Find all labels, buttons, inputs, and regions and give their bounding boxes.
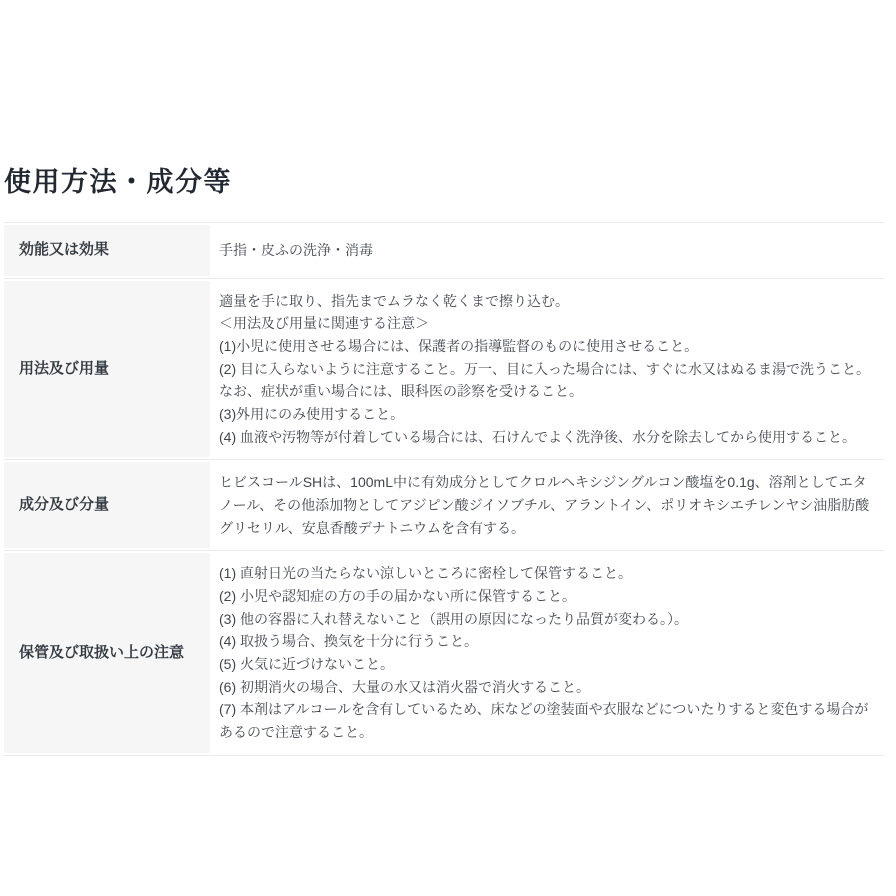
row-header-efficacy: 効能又は効果	[4, 223, 210, 278]
content-paragraph: (5) 火気に近づけないこと。	[219, 653, 874, 676]
content-paragraph: (3)外用にのみ使用すること。	[219, 403, 874, 426]
page-title: 使用方法・成分等	[4, 166, 886, 198]
content-paragraph: (2) 小児や認知症の方の手の届かない所に保管すること。	[219, 585, 874, 608]
table-row-efficacy: 効能又は効果 手指・皮ふの洗浄・消毒	[4, 222, 884, 278]
content-paragraph: (1) 直射日光の当たらない涼しいところに密栓して保管すること。	[219, 562, 874, 585]
row-content-storage: (1) 直射日光の当たらない涼しいところに密栓して保管すること。 (2) 小児や…	[210, 551, 884, 754]
content-paragraph: (7) 本剤はアルコールを含有しているため、床などの塗装面や衣服などについたりす…	[219, 698, 874, 743]
content-paragraph: (3) 他の容器に入れ替えないこと（誤用の原因になったり品質が変わる。）。	[219, 608, 874, 631]
product-info-section: 使用方法・成分等 効能又は効果 手指・皮ふの洗浄・消毒 用法及び用量 適量を手に…	[0, 0, 896, 756]
row-content-efficacy: 手指・皮ふの洗浄・消毒	[210, 223, 884, 278]
content-paragraph: (6) 初期消火の場合、大量の水又は消火器で消火すること。	[219, 676, 874, 699]
row-header-ingredients: 成分及び分量	[4, 460, 210, 550]
row-content-ingredients: ヒビスコールSHは、100mL中に有効成分としてクロルヘキシジングルコン酸塩を0…	[210, 460, 884, 550]
content-paragraph: (4) 血液や汚物等が付着している場合には、石けんでよく洗浄後、水分を除去してか…	[219, 426, 874, 449]
row-header-dosage: 用法及び用量	[4, 279, 210, 460]
table-row-storage: 保管及び取扱い上の注意 (1) 直射日光の当たらない涼しいところに密栓して保管す…	[4, 550, 884, 754]
content-paragraph: 適量を手に取り、指先までムラなく乾くまで擦り込む。	[219, 290, 874, 313]
table-row-dosage: 用法及び用量 適量を手に取り、指先までムラなく乾くまで擦り込む。 ＜用法及び用量…	[4, 278, 884, 460]
row-content-dosage: 適量を手に取り、指先までムラなく乾くまで擦り込む。 ＜用法及び用量に関連する注意…	[210, 279, 884, 460]
row-header-storage: 保管及び取扱い上の注意	[4, 551, 210, 754]
content-paragraph: (1)小児に使用させる場合には、保護者の指導監督のものに使用させること。	[219, 335, 874, 358]
content-paragraph: (2) 目に入らないように注意すること。万一、目に入った場合には、すぐに水又はぬ…	[219, 358, 874, 403]
content-paragraph: ＜用法及び用量に関連する注意＞	[219, 312, 874, 335]
table-row-ingredients: 成分及び分量 ヒビスコールSHは、100mL中に有効成分としてクロルヘキシジング…	[4, 459, 884, 550]
spec-table: 効能又は効果 手指・皮ふの洗浄・消毒 用法及び用量 適量を手に取り、指先までムラ…	[4, 222, 884, 756]
content-paragraph: ヒビスコールSHは、100mL中に有効成分としてクロルヘキシジングルコン酸塩を0…	[219, 471, 874, 539]
content-paragraph: (4) 取扱う場合、換気を十分に行うこと。	[219, 630, 874, 653]
content-paragraph: 手指・皮ふの洗浄・消毒	[219, 239, 874, 262]
